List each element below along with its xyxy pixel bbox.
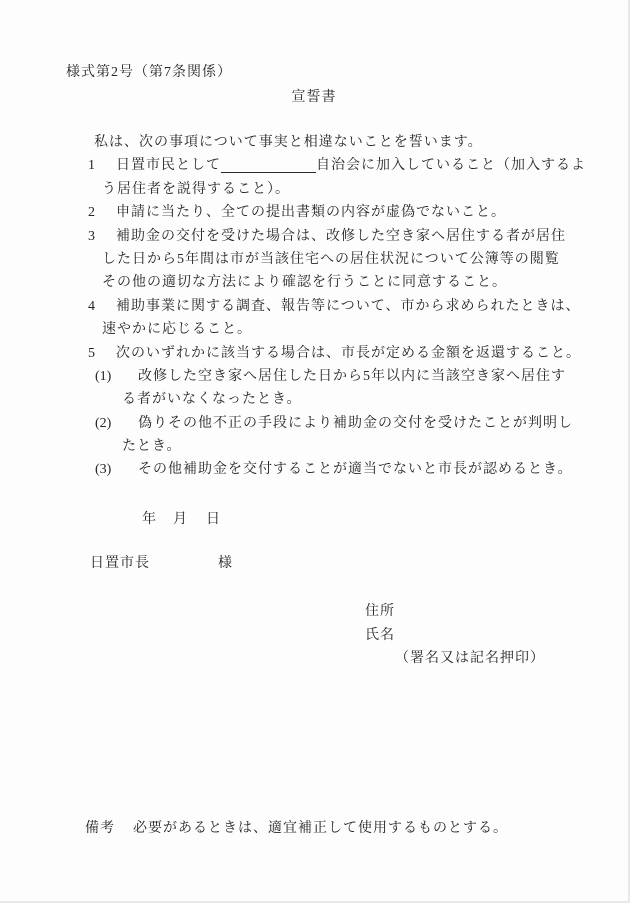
oath-item-text: る者がいなくなったとき。 [122, 392, 301, 407]
oath-body: 私は、次の事項について事実と相違ないことを誓います。1日置市民として自治会に加入… [0, 131, 630, 482]
signature-block: 住所 氏名 （署名又は記名押印） [365, 600, 545, 671]
oath-item-text: 申請に当たり、全ての提出書類の内容が虚偽でないこと。 [116, 205, 506, 220]
day-label: 日 [206, 512, 221, 527]
document-page: 様式第2号（第7条関係） 宣誓書 私は、次の事項について事実と相違ないことを誓い… [0, 0, 630, 903]
month-label: 月 [173, 512, 188, 527]
oath-item-number: 1 [88, 154, 116, 177]
oath-item-text: 補助事業に関する調査、報告等について、市から求められたときは、 [116, 299, 580, 314]
fill-in-blank [221, 158, 316, 173]
oath-item: 2申請に当たり、全ての提出書類の内容が虚偽でないこと。 [0, 201, 630, 224]
oath-item-text: 次のいずれかに該当する場合は、市長が定める金額を返還すること。 [116, 346, 581, 361]
oath-item-number: 2 [88, 201, 116, 224]
oath-item: (1)改修した空き家へ居住した日から5年以内に当該空き家へ居住す [0, 365, 630, 388]
oath-item-number: 5 [88, 342, 116, 365]
oath-item-number: 4 [88, 295, 116, 318]
oath-item-text: その他補助金を交付することが適当でないと市長が認めるとき。 [138, 462, 572, 477]
oath-item: (3)その他補助金を交付することが適当でないと市長が認めるとき。 [0, 458, 630, 481]
oath-intro: 私は、次の事項について事実と相違ないことを誓います。 [0, 131, 630, 154]
oath-item-text: 偽りその他不正の手段により補助金の交付を受けたことが判明し [138, 416, 573, 431]
remarks-text: 必要があるときは、適宜補正して使用するものとする。 [133, 821, 508, 836]
name-label: 氏名 [365, 624, 545, 648]
recipient-name: 日置市長 [90, 556, 150, 571]
year-label: 年 [142, 512, 157, 527]
signature-note: （署名又は記名押印） [365, 647, 545, 671]
oath-item-number: (3) [95, 458, 138, 481]
oath-item-continuation: う居住者を説得すること）。 [0, 178, 630, 201]
oath-item-text: たとき。 [122, 439, 181, 454]
oath-item: 3補助金の交付を受けた場合は、改修した空き家へ居住する者が居住 [0, 225, 630, 248]
oath-item-continuation: した日から5年間は市が当該住宅への居住状況について公簿等の閲覧 [0, 248, 630, 271]
oath-item-text: 私は、次の事項について事実と相違ないことを誓います。 [94, 135, 483, 150]
date-line: 年月日 [142, 508, 221, 528]
remarks-line: 備考必要があるときは、適宜補正して使用するものとする。 [85, 817, 508, 837]
oath-item: 5次のいずれかに該当する場合は、市長が定める金額を返還すること。 [0, 342, 630, 365]
oath-item-continuation: その他の適切な方法により確認を行うことに同意すること。 [0, 271, 630, 294]
oath-item-text: 補助金の交付を受けた場合は、改修した空き家へ居住する者が居住 [116, 229, 566, 244]
document-title: 宣誓書 [0, 86, 628, 106]
oath-item-number: 3 [88, 225, 116, 248]
oath-item-text: した日から5年間は市が当該住宅への居住状況について公簿等の閲覧 [102, 252, 560, 267]
oath-item-text: 速やかに応じること。 [102, 322, 252, 337]
oath-item-number: (2) [95, 412, 138, 435]
remarks-label: 備考 [85, 817, 133, 837]
oath-item-text: 日置市民として [116, 158, 221, 173]
form-number: 様式第2号（第7条関係） [66, 61, 232, 81]
oath-item-text: う居住者を説得すること）。 [102, 182, 290, 197]
address-label: 住所 [365, 600, 545, 624]
recipient-line: 日置市長様 [90, 552, 233, 572]
oath-item-text: その他の適切な方法により確認を行うことに同意すること。 [102, 275, 507, 290]
oath-item-continuation: たとき。 [0, 435, 630, 458]
oath-item-text: 自治会に加入していること（加入するよ [316, 158, 586, 173]
oath-item-continuation: 速やかに応じること。 [0, 318, 630, 341]
honorific-label: 様 [218, 556, 233, 571]
oath-item: 4補助事業に関する調査、報告等について、市から求められたときは、 [0, 295, 630, 318]
oath-item-number: (1) [95, 365, 138, 388]
oath-item: 1日置市民として自治会に加入していること（加入するよ [0, 154, 630, 177]
oath-item: (2)偽りその他不正の手段により補助金の交付を受けたことが判明し [0, 412, 630, 435]
oath-item-continuation: る者がいなくなったとき。 [0, 388, 630, 411]
oath-item-text: 改修した空き家へ居住した日から5年以内に当該空き家へ居住す [138, 369, 566, 384]
